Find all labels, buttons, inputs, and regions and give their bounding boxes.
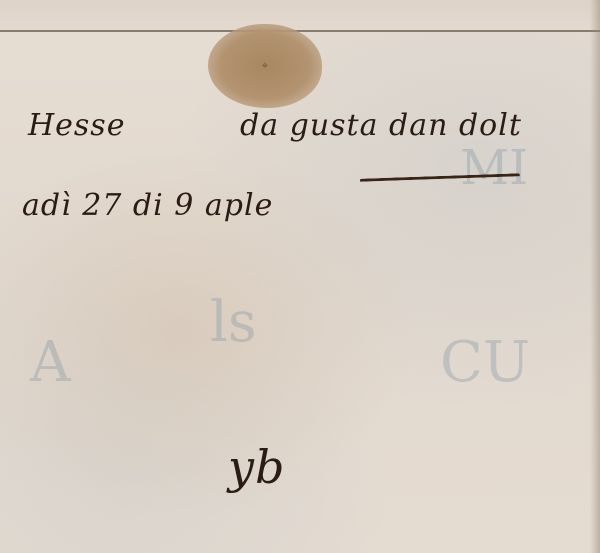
folded-top-flap — [0, 0, 600, 32]
seal-mark-icon: ⌖ — [262, 59, 268, 73]
bleed-through-text: CU — [440, 330, 530, 395]
bleed-through-text: MI — [460, 140, 528, 196]
manuscript-document: ⌖ MI CU ls A Hesse da gusta dan dolt adì… — [0, 0, 600, 553]
wax-seal: ⌖ — [208, 24, 322, 108]
handwritten-line-1-right: da gusta dan dolt — [240, 108, 522, 143]
bleed-through-text: ls — [210, 290, 257, 355]
handwritten-date-line: adì 27 di 9 aple — [22, 188, 273, 223]
bleed-through-text: A — [30, 330, 70, 395]
paper-edge-shadow — [590, 0, 600, 553]
handwritten-line-1-left: Hesse — [28, 108, 125, 143]
handwritten-monogram: yb — [228, 440, 285, 494]
